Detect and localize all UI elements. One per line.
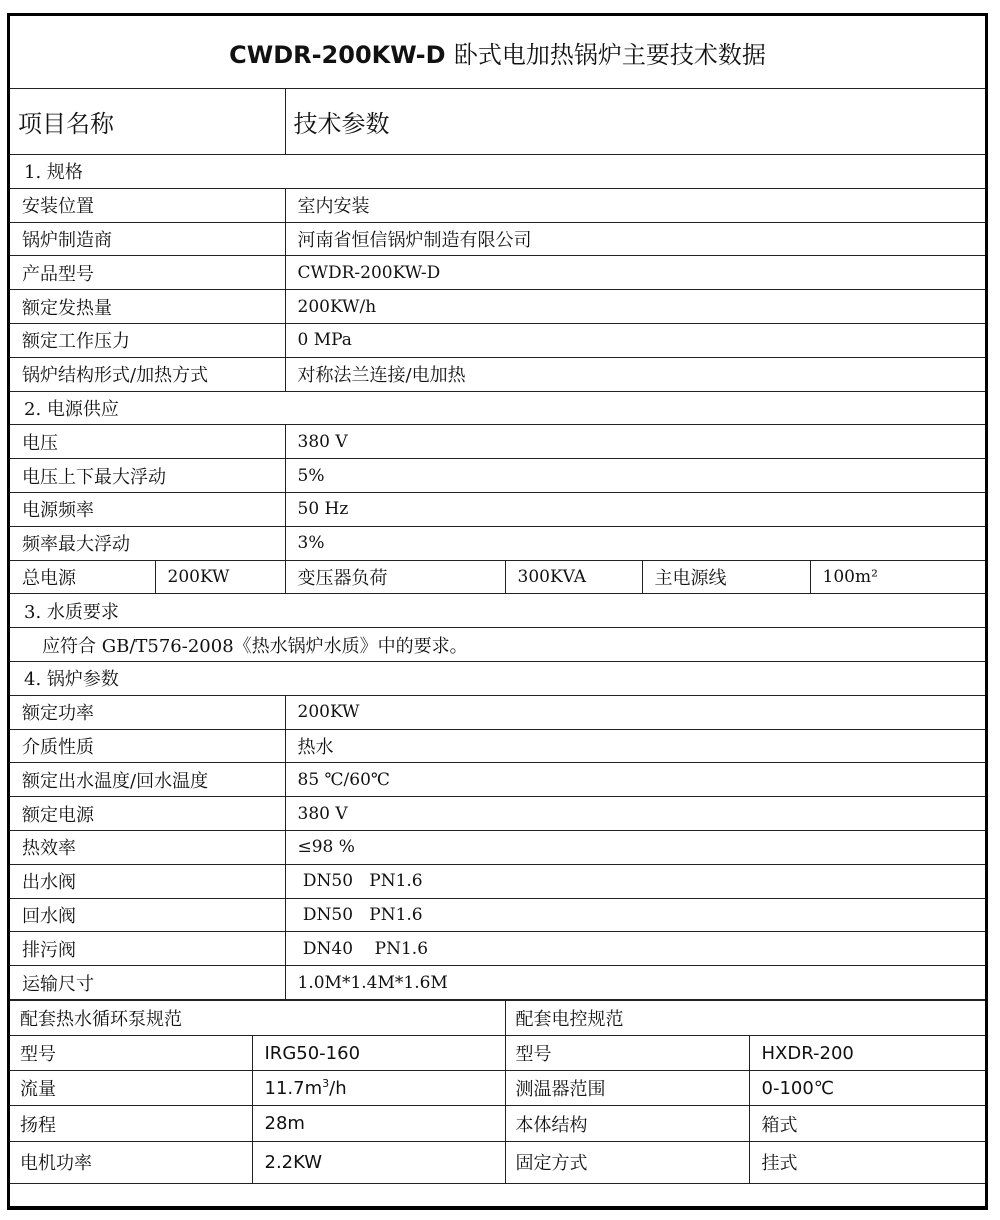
pump-label: 型号 bbox=[10, 1036, 252, 1071]
control-label: 固定方式 bbox=[505, 1141, 749, 1183]
control-value: 箱式 bbox=[749, 1106, 985, 1141]
table-row: 热效率≤98 % bbox=[10, 830, 985, 864]
control-label: 本体结构 bbox=[505, 1106, 749, 1141]
row-value: CWDR-200KW-D bbox=[285, 256, 985, 290]
row-label: 额定功率 bbox=[10, 695, 285, 729]
row-value: DN50 PN1.6 bbox=[285, 898, 985, 932]
row-label: 电源频率 bbox=[10, 492, 285, 526]
row-label: 热效率 bbox=[10, 830, 285, 864]
row-value: 1.0M*1.4M*1.6M bbox=[285, 966, 985, 1000]
section-heading-row: 3. 水质要求 bbox=[10, 594, 985, 628]
table-row: 介质性质热水 bbox=[10, 729, 985, 763]
pump-value: 2.2KW bbox=[252, 1141, 505, 1183]
table-row: 安装位置室内安装 bbox=[10, 188, 985, 222]
row-value: 河南省恒信锅炉制造有限公司 bbox=[285, 222, 985, 256]
transformer-load-label: 变压器负荷 bbox=[285, 560, 505, 594]
pump-heading: 配套热水循环泵规范 bbox=[10, 1000, 505, 1035]
row-label: 锅炉制造商 bbox=[10, 222, 285, 256]
table-row: 电机功率 2.2KW 固定方式 挂式 bbox=[10, 1141, 985, 1183]
row-label: 额定发热量 bbox=[10, 290, 285, 324]
row-label: 电压 bbox=[10, 425, 285, 459]
flow-value: 11.7m bbox=[265, 1078, 323, 1099]
row-value: 3% bbox=[285, 526, 985, 560]
table-row: 额定出水温度/回水温度85 ℃/60℃ bbox=[10, 763, 985, 797]
title-model: CWDR-200KW-D bbox=[229, 41, 445, 69]
control-value: 0-100℃ bbox=[749, 1071, 985, 1106]
row-label: 额定电源 bbox=[10, 797, 285, 831]
row-label: 额定出水温度/回水温度 bbox=[10, 763, 285, 797]
row-label: 介质性质 bbox=[10, 729, 285, 763]
row-label: 电压上下最大浮动 bbox=[10, 459, 285, 493]
row-value: 50 Hz bbox=[285, 492, 985, 526]
control-value: 挂式 bbox=[749, 1141, 985, 1183]
row-value: 0 MPa bbox=[285, 323, 985, 357]
pump-label: 流量 bbox=[10, 1071, 252, 1106]
title-row: CWDR-200KW-D 卧式电加热锅炉主要技术数据 bbox=[10, 16, 985, 89]
header-tech-params: 技术参数 bbox=[285, 89, 985, 155]
table-row: 扬程 28m 本体结构 箱式 bbox=[10, 1106, 985, 1141]
accessories-table: 配套热水循环泵规范 配套电控规范 型号 IRG50-160 型号 HXDR-20… bbox=[10, 1000, 985, 1184]
accessories-heading-row: 配套热水循环泵规范 配套电控规范 bbox=[10, 1000, 985, 1035]
spec-sheet: CWDR-200KW-D 卧式电加热锅炉主要技术数据 项目名称 技术参数 1. … bbox=[7, 13, 988, 1210]
table-row: 型号 IRG50-160 型号 HXDR-200 bbox=[10, 1036, 985, 1071]
table-row: 额定功率200KW bbox=[10, 695, 985, 729]
section-heading-row: 4. 锅炉参数 bbox=[10, 661, 985, 695]
row-value: 380 V bbox=[285, 797, 985, 831]
table-row: 电压上下最大浮动5% bbox=[10, 459, 985, 493]
row-value: 200KW bbox=[285, 695, 985, 729]
section-heading-row: 1. 规格 bbox=[10, 155, 985, 189]
table-row: 锅炉结构形式/加热方式对称法兰连接/电加热 bbox=[10, 357, 985, 391]
spec-table: CWDR-200KW-D 卧式电加热锅炉主要技术数据 项目名称 技术参数 1. … bbox=[10, 16, 985, 1000]
power-split-row: 总电源 200KW 变压器负荷 300KVA 主电源线 100m² bbox=[10, 560, 985, 594]
row-value: 85 ℃/60℃ bbox=[285, 763, 985, 797]
header-item-name: 项目名称 bbox=[10, 89, 285, 155]
water-note-row: 应符合 GB/T576-2008《热水锅炉水质》中的要求。 bbox=[10, 628, 985, 662]
table-row: 出水阀 DN50 PN1.6 bbox=[10, 864, 985, 898]
table-row: 频率最大浮动3% bbox=[10, 526, 985, 560]
title-name: 卧式电加热锅炉主要技术数据 bbox=[454, 41, 766, 69]
transformer-load-value: 300KVA bbox=[505, 560, 642, 594]
table-row: 运输尺寸1.0M*1.4M*1.6M bbox=[10, 966, 985, 1000]
row-value: 热水 bbox=[285, 729, 985, 763]
section-heading-row: 2. 电源供应 bbox=[10, 391, 985, 425]
pump-label: 电机功率 bbox=[10, 1141, 252, 1183]
table-row: 额定工作压力0 MPa bbox=[10, 323, 985, 357]
table-row: 额定发热量200KW/h bbox=[10, 290, 985, 324]
row-value: DN50 PN1.6 bbox=[285, 864, 985, 898]
table-row: 排污阀 DN40 PN1.6 bbox=[10, 932, 985, 966]
pump-value: IRG50-160 bbox=[252, 1036, 505, 1071]
main-power-line-label: 主电源线 bbox=[642, 560, 810, 594]
row-value: ≤98 % bbox=[285, 830, 985, 864]
table-row: 锅炉制造商河南省恒信锅炉制造有限公司 bbox=[10, 222, 985, 256]
section-heading-spec: 1. 规格 bbox=[10, 155, 985, 189]
header-row: 项目名称 技术参数 bbox=[10, 89, 985, 155]
water-quality-note: 应符合 GB/T576-2008《热水锅炉水质》中的要求。 bbox=[10, 628, 985, 662]
control-value: HXDR-200 bbox=[749, 1036, 985, 1071]
flow-unit-suffix: /h bbox=[329, 1078, 346, 1099]
table-row: 回水阀 DN50 PN1.6 bbox=[10, 898, 985, 932]
section-heading-water: 3. 水质要求 bbox=[10, 594, 985, 628]
row-label: 额定工作压力 bbox=[10, 323, 285, 357]
total-power-label: 总电源 bbox=[10, 560, 155, 594]
row-label: 出水阀 bbox=[10, 864, 285, 898]
total-power-value: 200KW bbox=[155, 560, 285, 594]
main-power-line-value: 100m² bbox=[810, 560, 985, 594]
document-title: CWDR-200KW-D 卧式电加热锅炉主要技术数据 bbox=[10, 16, 985, 89]
pump-value: 11.7m3/h bbox=[252, 1071, 505, 1106]
row-label: 产品型号 bbox=[10, 256, 285, 290]
row-value: 5% bbox=[285, 459, 985, 493]
row-value: 380 V bbox=[285, 425, 985, 459]
row-value: 室内安装 bbox=[285, 188, 985, 222]
table-row: 产品型号CWDR-200KW-D bbox=[10, 256, 985, 290]
section-heading-power: 2. 电源供应 bbox=[10, 391, 985, 425]
table-row: 电源频率50 Hz bbox=[10, 492, 985, 526]
table-row: 电压380 V bbox=[10, 425, 985, 459]
table-row: 额定电源380 V bbox=[10, 797, 985, 831]
row-label: 运输尺寸 bbox=[10, 966, 285, 1000]
row-label: 回水阀 bbox=[10, 898, 285, 932]
section-heading-boiler: 4. 锅炉参数 bbox=[10, 661, 985, 695]
row-value: 对称法兰连接/电加热 bbox=[285, 357, 985, 391]
row-label: 锅炉结构形式/加热方式 bbox=[10, 357, 285, 391]
table-row: 流量 11.7m3/h 测温器范围 0-100℃ bbox=[10, 1071, 985, 1106]
control-label: 型号 bbox=[505, 1036, 749, 1071]
control-label: 测温器范围 bbox=[505, 1071, 749, 1106]
row-label: 排污阀 bbox=[10, 932, 285, 966]
pump-value: 28m bbox=[252, 1106, 505, 1141]
row-value: DN40 PN1.6 bbox=[285, 932, 985, 966]
row-value: 200KW/h bbox=[285, 290, 985, 324]
row-label: 频率最大浮动 bbox=[10, 526, 285, 560]
row-label: 安装位置 bbox=[10, 188, 285, 222]
control-heading: 配套电控规范 bbox=[505, 1000, 985, 1035]
pump-label: 扬程 bbox=[10, 1106, 252, 1141]
